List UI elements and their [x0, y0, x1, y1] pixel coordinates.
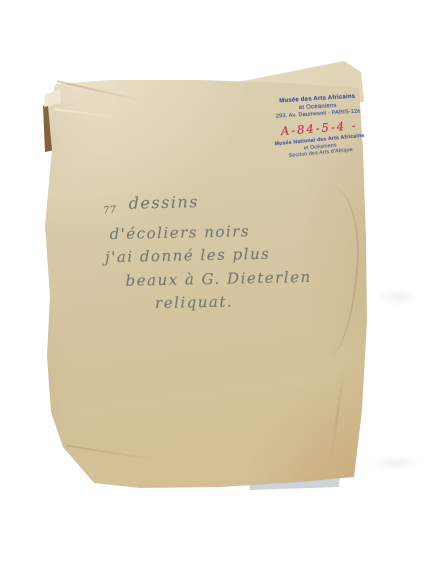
photo-of-folder: Musée des Arts Africains et Océaniens 29…	[0, 0, 430, 573]
backdrop-smudge	[368, 455, 423, 471]
backdrop-smudge	[378, 288, 418, 306]
folder-cover	[0, 0, 430, 573]
